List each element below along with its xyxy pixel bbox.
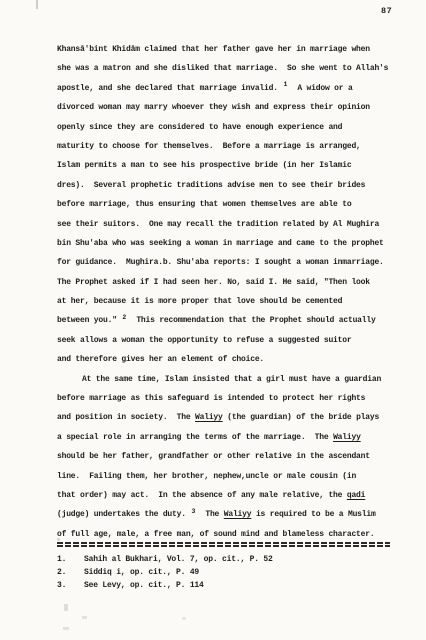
- text-line: that order) may act. In the absence of a…: [57, 486, 407, 505]
- text-segment: apostle, and she declared that marriage …: [57, 84, 282, 93]
- footnote-ref: 1: [282, 81, 288, 88]
- text-line: she was a matron and she disliked that m…: [57, 59, 407, 78]
- text-segment: and therefore gives her an element of ch…: [57, 355, 264, 364]
- footnote-ref: 2: [121, 314, 127, 321]
- text-line: line. Failing them, her brother, nephew,…: [57, 467, 407, 486]
- text-line: and position in society. The Waliyy (the…: [57, 408, 407, 427]
- footnote-text: See Levy, op. cit., P. 114: [84, 581, 204, 590]
- text-segment: A widow or a: [288, 84, 352, 93]
- text-segment: should be her father, grandfather or oth…: [57, 452, 370, 461]
- text-segment: bin Shu'aba who was seeking a woman in m…: [57, 239, 384, 248]
- text-segment: is required to be a Muslim: [251, 510, 375, 519]
- text-line: dres). Several prophetic traditions advi…: [57, 176, 407, 195]
- text-segment: This recommendation that the Prophet sho…: [127, 316, 375, 325]
- paragraph: At the same time, Islam insisted that a …: [57, 370, 407, 545]
- text-segment: that order) may act. In the absence of a…: [57, 491, 347, 500]
- text-line: (judge) undertakes the duty. 3 The Waliy…: [57, 505, 407, 524]
- scan-artifact: [36, 0, 38, 9]
- text-line: Khansā'bint Khidām claimed that her fath…: [57, 40, 407, 59]
- text-line: a special role in arranging the terms of…: [57, 428, 407, 447]
- text-segment: The Prophet asked if I had seen her. No,…: [57, 278, 370, 287]
- page-number: 87: [381, 6, 392, 16]
- text-segment: divorced woman may marry whoever they wi…: [57, 103, 370, 112]
- text-line: should be her father, grandfather or oth…: [57, 447, 407, 466]
- footnote: 1.Sahih al Bukhari, Vol. 7, op. cit., P.…: [57, 553, 407, 566]
- text-line: maturity to choose for themselves. Befor…: [57, 137, 407, 156]
- text-segment: dres). Several prophetic traditions advi…: [57, 181, 365, 190]
- text-line: at her, because it is more proper that l…: [57, 292, 407, 311]
- text-segment: she was a matron and she disliked that m…: [57, 64, 388, 73]
- scan-artifact: [64, 604, 68, 611]
- text-segment: of full age, male, a free man, of sound …: [57, 530, 374, 539]
- text-segment: seek allows a woman the opportunity to r…: [57, 336, 351, 345]
- footnote-text: Siddiq i, op. cit., P. 49: [84, 568, 199, 577]
- document-page: 87 Khansā'bint Khidām claimed that her f…: [0, 0, 426, 640]
- footnotes: 1.Sahih al Bukhari, Vol. 7, op. cit., P.…: [57, 553, 407, 592]
- text-segment: Khansā'bint Khidām claimed that her fath…: [57, 45, 370, 54]
- underlined-term: qadi: [347, 491, 365, 500]
- separator-dash-row: [57, 545, 390, 547]
- footnote-separator: [57, 542, 390, 548]
- text-line: before marriage as this safeguard is int…: [57, 389, 407, 408]
- footnote-number: 2.: [57, 566, 84, 579]
- footnote-number: 1.: [57, 553, 84, 566]
- underlined-term: Waliyy: [195, 413, 223, 422]
- underlined-term: Waliyy: [224, 510, 252, 519]
- text-line: bin Shu'aba who was seeking a woman in m…: [57, 234, 407, 253]
- text-segment: and position in society. The: [57, 413, 195, 422]
- text-segment: openly since they are considered to have…: [57, 123, 342, 132]
- text-segment: (the guardian) of the bride plays: [223, 413, 379, 422]
- page-body: Khansā'bint Khidām claimed that her fath…: [57, 40, 407, 544]
- scan-artifact: [182, 617, 186, 620]
- text-segment: Islam permits a man to see his prospecti…: [57, 161, 351, 170]
- text-line: see their suitors. One may recall the tr…: [57, 215, 407, 234]
- text-segment: (judge) undertakes the duty.: [57, 510, 190, 519]
- text-line: divorced woman may marry whoever they wi…: [57, 98, 407, 117]
- text-line: before marriage, thus ensuring that wome…: [57, 195, 407, 214]
- text-segment: at her, because it is more proper that l…: [57, 297, 342, 306]
- text-line: and therefore gives her an element of ch…: [57, 350, 407, 369]
- text-line: At the same time, Islam insisted that a …: [57, 370, 407, 389]
- text-segment: for guidance. Mughira.b. Shu'aba reports…: [57, 258, 384, 267]
- footnote-text: Sahih al Bukhari, Vol. 7, op. cit., P. 5…: [84, 555, 273, 564]
- scan-artifact: [82, 616, 87, 619]
- text-segment: a special role in arranging the terms of…: [57, 433, 333, 442]
- text-line: Islam permits a man to see his prospecti…: [57, 156, 407, 175]
- text-segment: line. Failing them, her brother, nephew,…: [57, 472, 356, 481]
- text-segment: At the same time, Islam insisted that a …: [82, 375, 381, 384]
- text-segment: see their suitors. One may recall the tr…: [57, 220, 379, 229]
- text-segment: between you.": [57, 316, 121, 325]
- text-line: The Prophet asked if I had seen her. No,…: [57, 273, 407, 292]
- text-segment: maturity to choose for themselves. Befor…: [57, 142, 361, 151]
- text-line: seek allows a woman the opportunity to r…: [57, 331, 407, 350]
- text-line: openly since they are considered to have…: [57, 118, 407, 137]
- scan-artifact: [57, 538, 60, 541]
- text-line: between you." 2 This recommendation that…: [57, 311, 407, 330]
- footnote: 3.See Levy, op. cit., P. 114: [57, 579, 407, 592]
- text-line: for guidance. Mughira.b. Shu'aba reports…: [57, 253, 407, 272]
- text-segment: The: [196, 510, 224, 519]
- footnote-ref: 3: [190, 508, 196, 515]
- text-segment: before marriage as this safeguard is int…: [57, 394, 365, 403]
- paragraph: Khansā'bint Khidām claimed that her fath…: [57, 40, 407, 370]
- underlined-term: Waliyy: [333, 433, 361, 442]
- footnote-number: 3.: [57, 579, 84, 592]
- separator-dash-row: [57, 542, 390, 544]
- scan-artifact: [63, 627, 69, 630]
- footnote: 2.Siddiq i, op. cit., P. 49: [57, 566, 407, 579]
- text-segment: before marriage, thus ensuring that wome…: [57, 200, 351, 209]
- text-line: apostle, and she declared that marriage …: [57, 79, 407, 98]
